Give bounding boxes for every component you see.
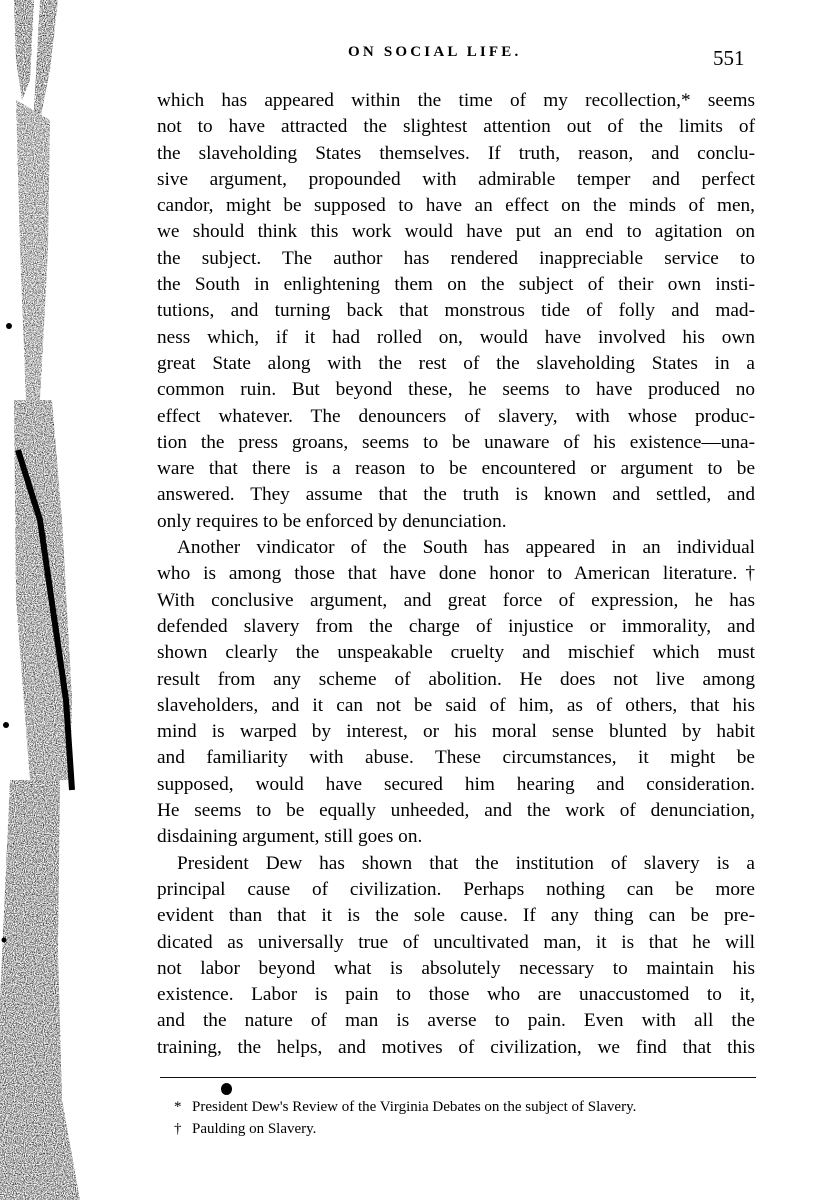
text-line: principal cause of civilization. Perhaps… (157, 877, 755, 903)
text-line: we should think this work would have put… (157, 219, 755, 245)
text-line: result from any scheme of abolition. He … (157, 667, 755, 693)
text-line: shown clearly the unspeakable cruelty an… (157, 640, 755, 666)
text-line: He seems to be equally unheeded, and the… (157, 798, 755, 824)
text-line: training, the helps, and motives of civi… (157, 1035, 755, 1061)
body-text: which has appeared within the time of my… (157, 88, 755, 1061)
footnotes: *President Dew's Review of the Virginia … (174, 1096, 764, 1140)
text-line: effect whatever. The denouncers of slave… (157, 404, 755, 430)
text-line: defended slavery from the charge of inju… (157, 614, 755, 640)
text-line: only requires to be enforced by denuncia… (157, 509, 755, 535)
text-line: which has appeared within the time of my… (157, 88, 755, 114)
text-line: evident than that it is the sole cause. … (157, 903, 755, 929)
page-number: 551 (713, 46, 745, 71)
text-line: candor, might be supposed to have an eff… (157, 193, 755, 219)
text-line: answered. They assume that the truth is … (157, 482, 755, 508)
footnote-marker: † (174, 1118, 192, 1140)
footnote-item: *President Dew's Review of the Virginia … (174, 1096, 764, 1118)
text-line: the slaveholding States themselves. If t… (157, 141, 755, 167)
footnote-item: †Paulding on Slavery. (174, 1118, 764, 1140)
text-line: tutions, and turning back that monstrous… (157, 298, 755, 324)
scan-binding-shadow (0, 0, 130, 1200)
text-line: With conclusive argument, and great forc… (157, 588, 755, 614)
text-line: ness which, if it had rolled on, would h… (157, 325, 755, 351)
ink-blot (221, 1083, 232, 1095)
text-line: slaveholders, and it can not be said of … (157, 693, 755, 719)
text-line: supposed, would have secured him hearing… (157, 772, 755, 798)
text-line: not labor beyond what is absolutely nece… (157, 956, 755, 982)
text-line: common ruin. But beyond these, he seems … (157, 377, 755, 403)
text-line: ware that there is a reason to be encoun… (157, 456, 755, 482)
text-line: and the nature of man is averse to pain.… (157, 1008, 755, 1034)
text-line: disdaining argument, still goes on. (157, 824, 755, 850)
text-line: not to have attracted the slightest atte… (157, 114, 755, 140)
paragraph-start-line: President Dew has shown that the institu… (157, 851, 755, 877)
text-line: existence. Labor is pain to those who ar… (157, 982, 755, 1008)
text-line: dicated as universally true of uncultiva… (157, 930, 755, 956)
text-line: mind is warped by interest, or his moral… (157, 719, 755, 745)
footnote-marker: * (174, 1096, 192, 1118)
footnote-text: President Dew's Review of the Virginia D… (192, 1099, 636, 1115)
paragraph-start-line: Another vindicator of the South has appe… (157, 535, 755, 561)
text-line: tion the press groans, seems to be unawa… (157, 430, 755, 456)
footnote-text: Paulding on Slavery. (192, 1121, 316, 1137)
text-line: great State along with the rest of the s… (157, 351, 755, 377)
text-line: the South in enlightening them on the su… (157, 272, 755, 298)
text-line: who is among those that have done honor … (157, 561, 755, 587)
text-line: and familiarity with abuse. These circum… (157, 745, 755, 771)
text-line: the subject. The author has rendered ina… (157, 246, 755, 272)
footnote-divider (160, 1077, 756, 1078)
text-line: sive argument, propounded with admirable… (157, 167, 755, 193)
running-head: ON SOCIAL LIFE. (348, 44, 521, 61)
